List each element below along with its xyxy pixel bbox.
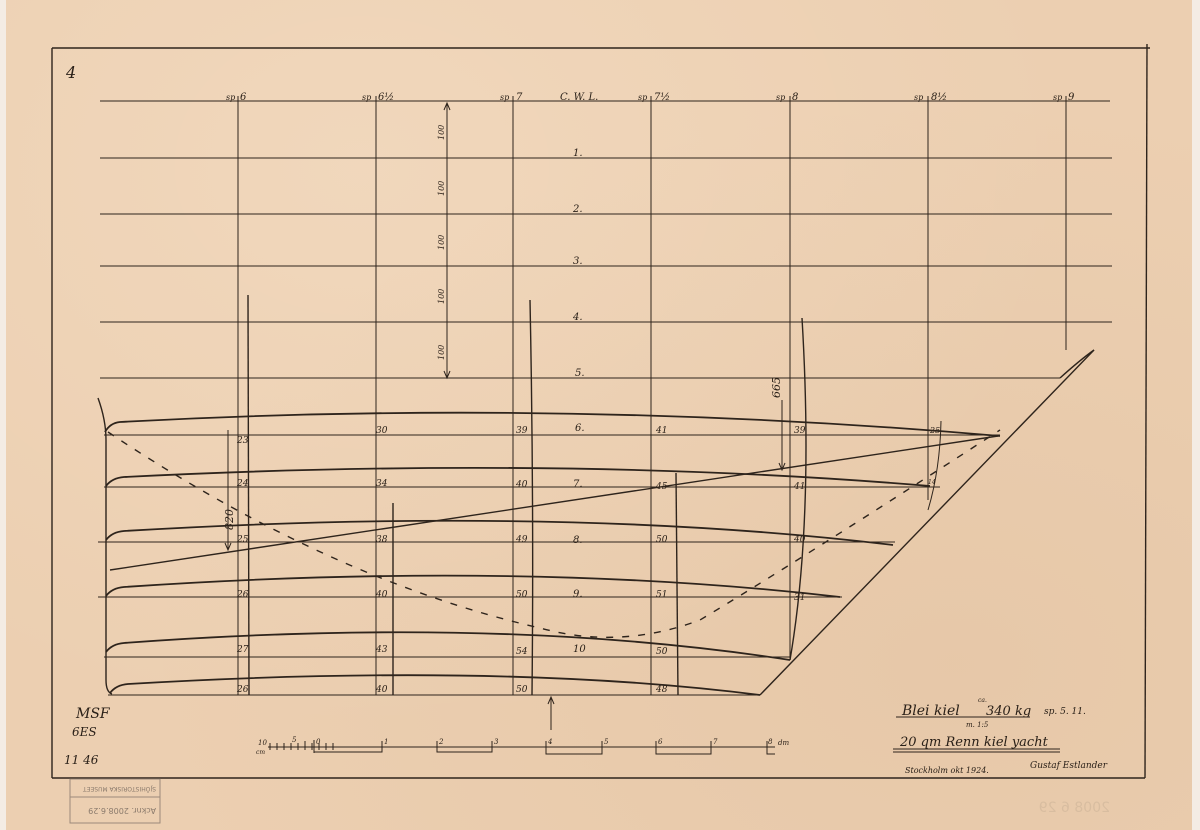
place-date: Stockholm okt 1924. (905, 766, 989, 775)
svg-text:54: 54 (516, 647, 528, 657)
svg-text:49: 49 (515, 535, 528, 545)
svg-text:7: 7 (713, 738, 718, 746)
dimension-665: 665 (770, 377, 785, 470)
svg-text:sp: sp (226, 93, 235, 102)
svg-text:31: 31 (794, 593, 805, 603)
svg-text:14: 14 (928, 479, 936, 486)
svg-text:100: 100 (437, 181, 446, 196)
svg-text:4.: 4. (572, 312, 583, 323)
svg-text:6½: 6½ (378, 92, 394, 103)
svg-text:40: 40 (793, 535, 806, 545)
svg-text:8: 8 (792, 92, 798, 103)
svg-text:8: 8 (768, 738, 773, 746)
svg-text:51: 51 (656, 590, 667, 600)
scale-note: m. 1:5 (966, 721, 989, 729)
svg-text:50: 50 (656, 647, 668, 657)
svg-text:10: 10 (573, 644, 586, 655)
svg-text:41: 41 (793, 482, 805, 492)
offset-values: 23 24 25 26 27 26 30 34 38 40 43 40 39 4… (236, 426, 940, 695)
svg-text:5: 5 (604, 738, 609, 746)
svg-text:40: 40 (375, 685, 388, 695)
svg-text:10: 10 (258, 739, 267, 747)
svg-text:38: 38 (376, 535, 388, 545)
svg-text:1.: 1. (573, 148, 583, 159)
diagonal-dashed-curve (108, 430, 1000, 637)
svg-text:665: 665 (770, 377, 783, 398)
svg-text:50: 50 (516, 685, 528, 695)
border-frame (52, 44, 1150, 778)
dimension-820: 820 (223, 430, 236, 550)
svg-text:2.: 2. (572, 204, 583, 215)
svg-text:3: 3 (494, 738, 499, 746)
svg-text:sp. 5. 11.: sp. 5. 11. (1044, 707, 1086, 717)
designer-signature: Gustaf Estlander (1030, 761, 1108, 771)
spacing-dimensions: 100 100 100 100 100 (437, 103, 451, 378)
svg-text:5: 5 (292, 736, 297, 744)
svg-text:100: 100 (437, 289, 446, 304)
svg-text:7.: 7. (573, 479, 583, 490)
svg-text:39: 39 (794, 426, 806, 436)
station-lines (238, 96, 1066, 695)
svg-text:26: 26 (236, 590, 249, 600)
museum-stamp: SJÖHISTORISKA MUSEET Acknr. 2008.6.29 (70, 779, 160, 823)
svg-text:40: 40 (515, 480, 528, 490)
svg-text:6: 6 (240, 92, 247, 103)
svg-text:43: 43 (375, 645, 388, 655)
title-block: Blei kiel ca. 340 kg sp. 5. 11. m. 1:5 2… (893, 697, 1108, 775)
svg-text:sp: sp (914, 93, 923, 102)
svg-text:4: 4 (547, 738, 552, 746)
svg-text:50: 50 (656, 535, 668, 545)
svg-text:7½: 7½ (654, 92, 670, 103)
svg-text:dm: dm (778, 739, 789, 747)
cwl-header: C. W. L. (560, 92, 598, 103)
svg-text:7: 7 (516, 92, 523, 103)
svg-text:41: 41 (655, 426, 667, 436)
svg-text:24: 24 (236, 479, 249, 489)
svg-text:27: 27 (236, 645, 249, 655)
svg-text:1: 1 (384, 738, 388, 746)
yacht-type: 20 qm Renn kiel yacht (899, 735, 1049, 750)
scale-bar: 10 cm 5 0 1 2 3 4 5 6 7 8 dm (256, 736, 789, 756)
svg-text:6: 6 (658, 738, 663, 746)
svg-text:100: 100 (437, 235, 446, 250)
svg-text:8.: 8. (573, 535, 583, 546)
svg-text:9.: 9. (573, 589, 583, 600)
svg-text:23: 23 (236, 436, 249, 446)
lines-drawing: 4 sp 6 sp 6½ sp 7 C. W. L. sp 7½ sp 8 sp… (0, 0, 1200, 830)
svg-text:25: 25 (236, 535, 249, 545)
svg-text:sp: sp (638, 93, 647, 102)
waterlines (98, 158, 1112, 695)
ghost-number: 2008 6 29 (1039, 800, 1110, 816)
svg-text:sp: sp (500, 93, 509, 102)
svg-text:100: 100 (437, 345, 446, 360)
svg-text:3.: 3. (573, 256, 583, 267)
svg-text:9: 9 (1068, 92, 1075, 103)
svg-text:cm: cm (256, 749, 265, 756)
svg-text:8½: 8½ (931, 92, 947, 103)
svg-text:25: 25 (929, 426, 940, 435)
svg-text:48: 48 (655, 685, 668, 695)
svg-text:Acknr. 2008.6.29: Acknr. 2008.6.29 (88, 806, 156, 815)
midship-arrow (548, 697, 554, 730)
svg-text:SJÖHISTORISKA MUSEET: SJÖHISTORISKA MUSEET (83, 785, 156, 792)
ballast-line (110, 436, 998, 570)
svg-text:40: 40 (375, 590, 388, 600)
svg-text:820: 820 (223, 509, 236, 530)
archive-notes: MSF 6ES 11 46 (64, 706, 111, 767)
bow-profile (760, 350, 1094, 695)
svg-text:30: 30 (376, 426, 388, 436)
svg-text:6.: 6. (575, 423, 585, 434)
svg-text:sp: sp (776, 93, 785, 102)
svg-text:sp: sp (362, 93, 371, 102)
svg-text:34: 34 (376, 479, 388, 489)
sheet-number: 4 (65, 63, 76, 82)
svg-text:39: 39 (516, 426, 528, 436)
svg-text:45: 45 (655, 482, 668, 492)
svg-text:0: 0 (316, 738, 321, 746)
svg-text:ca.: ca. (978, 697, 987, 704)
svg-text:MSF: MSF (75, 706, 111, 722)
stern-profile (98, 398, 112, 694)
svg-text:sp: sp (1053, 93, 1062, 102)
svg-text:6ES: 6ES (72, 725, 97, 739)
svg-text:100: 100 (437, 125, 446, 140)
keel-sections (248, 295, 941, 695)
svg-text:2: 2 (438, 738, 444, 746)
svg-text:11 46: 11 46 (64, 753, 99, 767)
svg-text:50: 50 (516, 590, 528, 600)
svg-text:26: 26 (236, 685, 249, 695)
svg-text:5.: 5. (575, 368, 585, 379)
